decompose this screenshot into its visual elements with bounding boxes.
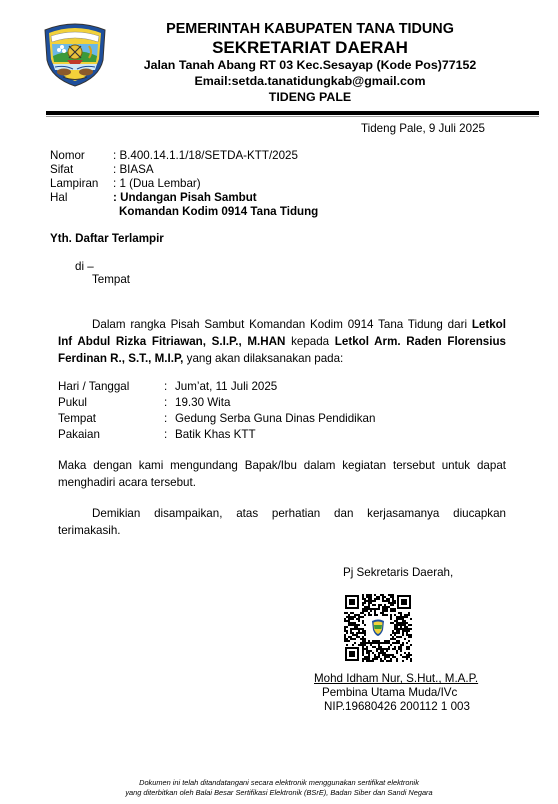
detail-colon: :: [164, 427, 175, 443]
detail-label: Tempat: [58, 411, 164, 427]
meta-hal-continued: Komandan Kodim 0914 Tana Tidung: [119, 205, 318, 219]
detail-colon: :: [164, 379, 175, 395]
header-divider-thin: [46, 116, 539, 117]
letterhead-office: SEKRETARIAT DAERAH: [110, 38, 510, 58]
recipient-yth: Yth. Daftar Terlampir: [50, 232, 164, 245]
detail-value: Batik Khas KTT: [175, 428, 256, 441]
meta-nomor: Nomor: B.400.14.1.1/18/SETDA-KTT/2025: [50, 149, 298, 163]
body-paragraph-2: Maka dengan kami mengundang Bapak/Ibu da…: [58, 457, 506, 491]
detail-value: Gedung Serba Guna Dinas Pendidikan: [175, 412, 375, 425]
meta-label: Lampiran: [50, 177, 113, 191]
detail-row-venue: Tempat:Gedung Serba Guna Dinas Pendidika…: [58, 411, 375, 427]
header-divider: [46, 111, 539, 115]
detail-row-time: Pukul:19.30 Wita: [58, 395, 230, 411]
meta-value: : 1 (Dua Lembar): [113, 177, 201, 190]
body-paragraph-closing: Demikian disampaikan, atas perhatian dan…: [58, 505, 506, 539]
meta-value: : BIASA: [113, 163, 154, 176]
meta-label: Sifat: [50, 163, 113, 177]
letterhead-city: TIDENG PALE: [110, 90, 510, 104]
place-date: Tideng Pale, 9 Juli 2025: [361, 122, 485, 135]
recipient-di: di –: [75, 260, 94, 273]
body-text: kepada: [285, 335, 334, 348]
letterhead-government: PEMERINTAH KABUPATEN TANA TIDUNG: [110, 21, 510, 37]
body-text: Dalam rangka Pisah Sambut Komandan Kodim…: [92, 318, 472, 331]
esign-footer-line-1: Dokumen ini telah ditandatangani secara …: [60, 778, 498, 788]
meta-hal: Hal: Undangan Pisah Sambut: [50, 191, 257, 205]
detail-value: Jum’at, 11 Juli 2025: [175, 380, 277, 393]
detail-label: Pakaian: [58, 427, 164, 443]
detail-value: 19.30 Wita: [175, 396, 230, 409]
regency-coat-of-arms-icon: [39, 20, 111, 88]
meta-label: Nomor: [50, 149, 113, 163]
signatory-title: Pj Sekretaris Daerah,: [343, 566, 453, 579]
meta-value: : B.400.14.1.1/18/SETDA-KTT/2025: [113, 149, 298, 162]
signatory-nip: NIP.19680426 200112 1 003: [324, 700, 470, 713]
qr-code-signature-icon: [344, 594, 412, 662]
signatory-name: Mohd Idham Nur, S.Hut., M.A.P.: [314, 672, 478, 685]
body-text: yang akan dilaksanakan pada:: [183, 352, 343, 365]
detail-label: Pukul: [58, 395, 164, 411]
esign-footer-line-2: yang diterbitkan oleh Balai Besar Sertif…: [60, 788, 498, 798]
signatory-rank: Pembina Utama Muda/IVc: [322, 686, 457, 699]
meta-sifat: Sifat: BIASA: [50, 163, 154, 177]
detail-colon: :: [164, 395, 175, 411]
body-paragraph-1: Dalam rangka Pisah Sambut Komandan Kodim…: [58, 316, 506, 367]
recipient-tempat: Tempat: [92, 273, 130, 286]
detail-row-date: Hari / Tanggal:Jum’at, 11 Juli 2025: [58, 379, 277, 395]
letterhead-email: Email:setda.tanatidungkab@gmail.com: [110, 74, 510, 88]
letterhead-address: Jalan Tanah Abang RT 03 Kec.Sesayap (Kod…: [110, 58, 510, 72]
detail-label: Hari / Tanggal: [58, 379, 164, 395]
meta-label: Hal: [50, 191, 113, 205]
detail-colon: :: [164, 411, 175, 427]
detail-row-attire: Pakaian:Batik Khas KTT: [58, 427, 256, 443]
meta-lampiran: Lampiran: 1 (Dua Lembar): [50, 177, 201, 191]
meta-value: : Undangan Pisah Sambut: [113, 191, 257, 204]
